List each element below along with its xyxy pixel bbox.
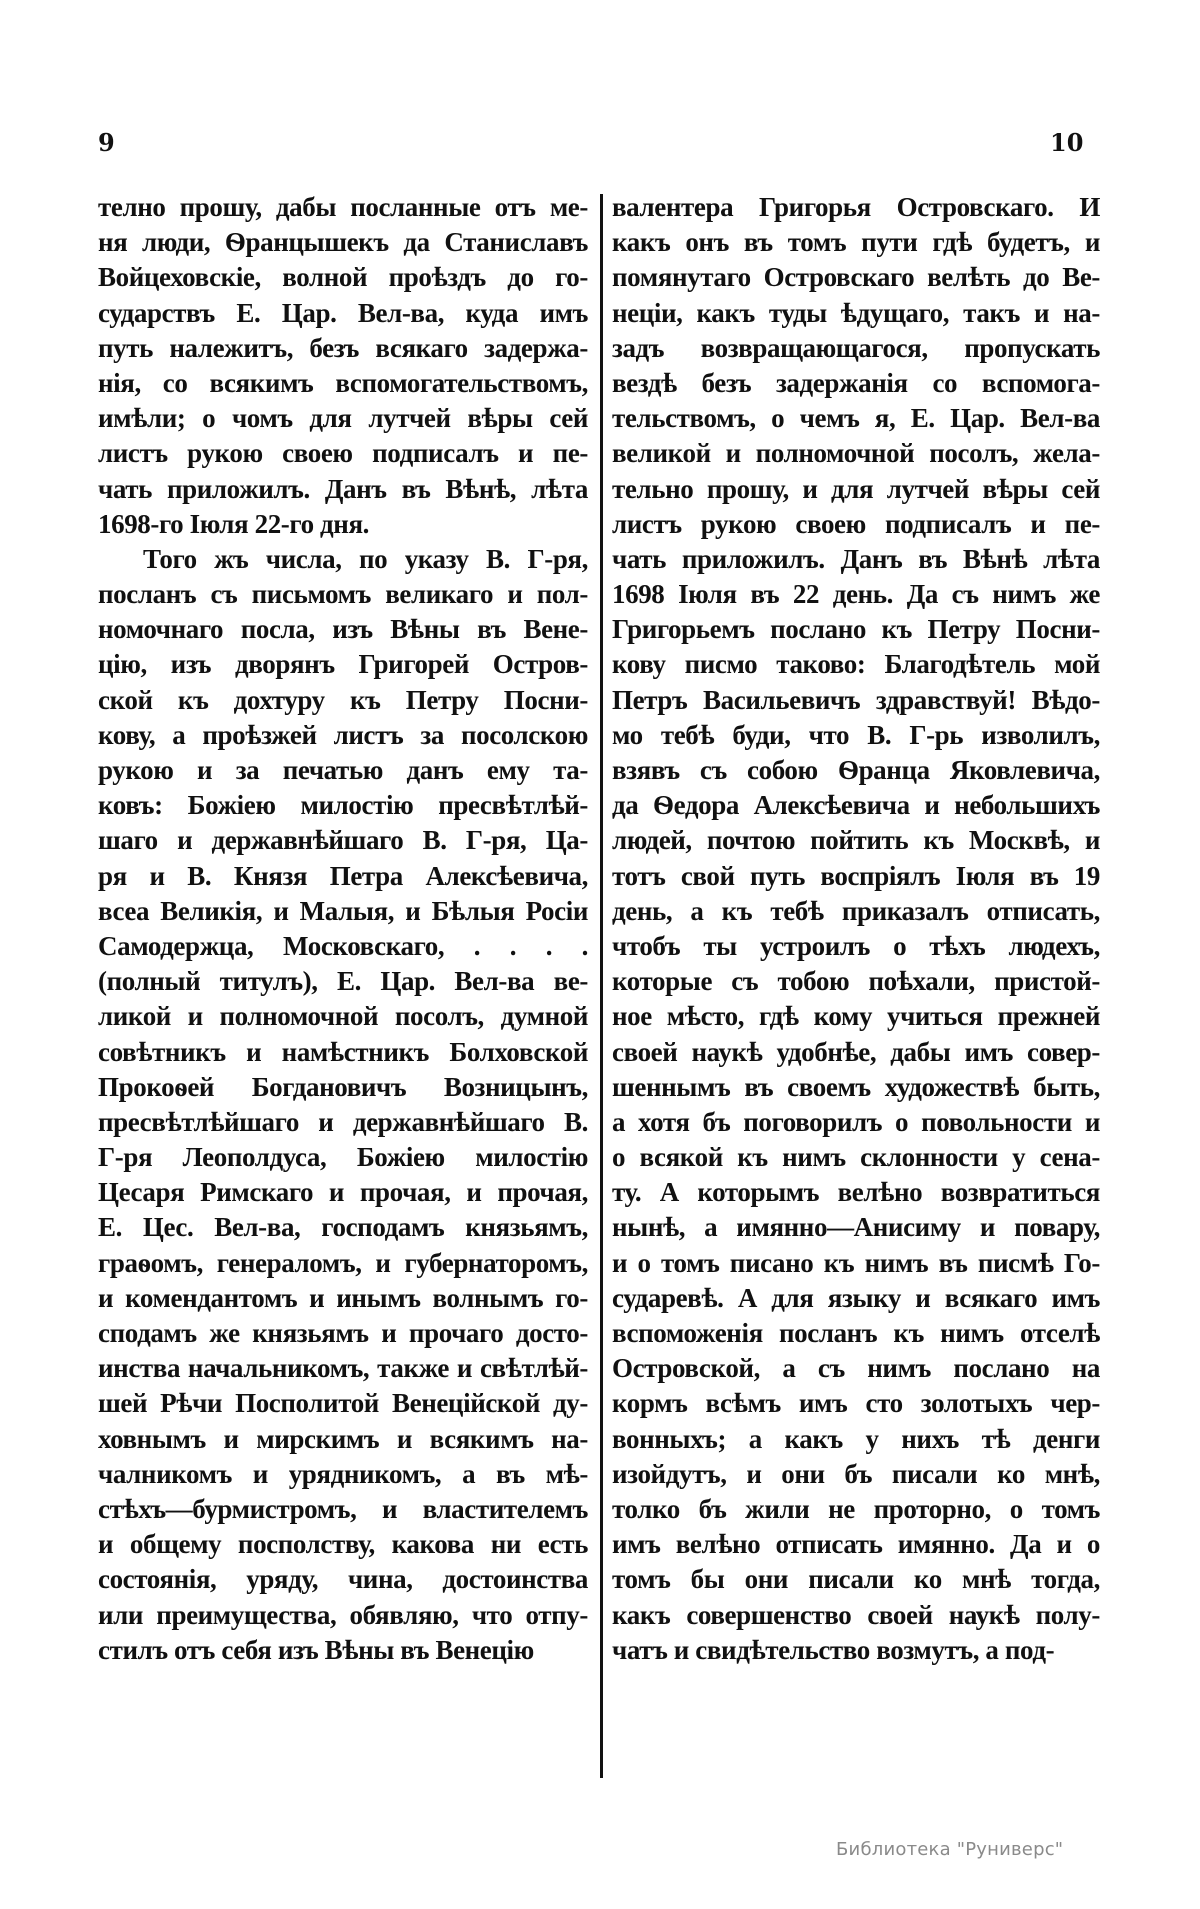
text-line: кормъ всѣмъ имъ сто золотыхъ чер-: [612, 1386, 1100, 1421]
text-line: какъ совершенство своей наукѣ полу-: [612, 1598, 1100, 1633]
text-line: инства начальникомъ, также и свѣтлѣй-: [98, 1351, 588, 1386]
text-line: Островской, а съ нимъ послано на: [612, 1351, 1100, 1386]
text-line: кову, а проѣзжей листъ за посолскою: [98, 718, 588, 753]
text-line: стилъ отъ себя изъ Вѣны въ Венецію: [98, 1633, 588, 1668]
text-line: пресвѣтлѣйшаго и державнѣйшаго В.: [98, 1105, 588, 1140]
text-line: и общему посполству, какова ни есть: [98, 1527, 588, 1562]
text-line: стѣхъ—бурмистромъ, и властителемъ: [98, 1492, 588, 1527]
text-line: или преимущества, обявляю, что отпу-: [98, 1598, 588, 1633]
text-line: имъ велѣно отписать имянно. Да и о: [612, 1527, 1100, 1562]
text-line: телно прошу, дабы посланные отъ ме-: [98, 190, 588, 225]
text-line: ря и В. Князя Петра Алексѣевича,: [98, 859, 588, 894]
text-line: цію, изъ дворянъ Григорей Остров-: [98, 647, 588, 682]
text-line: тельно прошу, и для лутчей вѣры сей: [612, 472, 1100, 507]
text-line: и комендантомъ и инымъ волнымъ го-: [98, 1281, 588, 1316]
text-line: валентера Григорья Островскаго. И: [612, 190, 1100, 225]
text-line: ное мѣсто, гдѣ кому учиться прежней: [612, 999, 1100, 1034]
text-line: шаго и державнѣйшаго В. Г-ря, Ца-: [98, 823, 588, 858]
text-line: состоянія, уряду, чина, достоинства: [98, 1562, 588, 1597]
text-line: неціи, какъ туды ѣдущаго, такъ и на-: [612, 296, 1100, 331]
text-line: Цесаря Римскаго и прочая, и прочая,: [98, 1175, 588, 1210]
text-line: Петръ Васильевичъ здравствуй! Вѣдо-: [612, 683, 1100, 718]
column-divider: [600, 194, 603, 1778]
text-line: 1698 Іюля въ 22 день. Да съ нимъ же: [612, 577, 1100, 612]
text-line: нія, со всякимъ вспомогательствомъ,: [98, 366, 588, 401]
text-line: да Ѳедора Алексѣевича и небольшихъ: [612, 788, 1100, 823]
text-line: чалникомъ и урядникомъ, а въ мѣ-: [98, 1457, 588, 1492]
library-watermark: Библиотека "Руниверс": [836, 1839, 1063, 1860]
left-text-column: телно прошу, дабы посланные отъ ме-ня лю…: [98, 190, 588, 1668]
text-line: ту. А которымъ велѣно возвратиться: [612, 1175, 1100, 1210]
text-line: Е. Цес. Вел-ва, господамъ князьямъ,: [98, 1210, 588, 1245]
text-line: нынѣ, а имянно—Анисиму и повару,: [612, 1210, 1100, 1245]
text-line: тельствомъ, о чемъ я, Е. Цар. Вел-ва: [612, 401, 1100, 436]
text-line: Прокоѳей Богдановичъ Возницынъ,: [98, 1070, 588, 1105]
text-line: людей, почтою пойтить къ Москвѣ, и: [612, 823, 1100, 858]
text-line: и о томъ писано къ нимъ въ писмѣ Го-: [612, 1246, 1100, 1281]
text-line: сударствъ Е. Цар. Вел-ва, куда имъ: [98, 296, 588, 331]
text-line: какъ онъ въ томъ пути гдѣ будетъ, и: [612, 225, 1100, 260]
text-line: Григорьемъ послано къ Петру Посни-: [612, 612, 1100, 647]
text-line: Г-ря Леополдуса, Божіею милостію: [98, 1140, 588, 1175]
text-line: посланъ съ письмомъ великаго и пол-: [98, 577, 588, 612]
text-line: вспоможенія посланъ къ нимъ отселѣ: [612, 1316, 1100, 1351]
text-line: толко бъ жили не проторно, о томъ: [612, 1492, 1100, 1527]
text-line: Того жъ числа, по указу В. Г-ря,: [98, 542, 588, 577]
text-line: рукою и за печатью данъ ему та-: [98, 753, 588, 788]
text-line: чать приложилъ. Данъ въ Вѣнѣ, лѣта: [98, 472, 588, 507]
text-line: мо тебѣ буди, что В. Г-рь изволилъ,: [612, 718, 1100, 753]
page-number-right: 10: [1050, 128, 1083, 158]
text-line: Самодержца, Московскаго, . . . .: [98, 929, 588, 964]
text-line: 1698-го Іюля 22-го дня.: [98, 507, 588, 542]
text-line: взявъ съ собою Ѳранца Яковлевича,: [612, 753, 1100, 788]
text-line: ковъ: Божіею милостію пресвѣтлѣй-: [98, 788, 588, 823]
text-line: своей наукѣ удобнѣе, дабы имъ совер-: [612, 1035, 1100, 1070]
text-line: всеа Великія, и Малыя, и Бѣлыя Росіи: [98, 894, 588, 929]
text-line: ховнымъ и мирскимъ и всякимъ на-: [98, 1422, 588, 1457]
text-line: сподамъ же князьямъ и прочаго досто-: [98, 1316, 588, 1351]
text-line: граѳомъ, генераломъ, и губернаторомъ,: [98, 1246, 588, 1281]
text-line: день, а къ тебѣ приказалъ отписать,: [612, 894, 1100, 929]
page-number-left: 9: [98, 128, 115, 158]
text-line: помянутаго Островскаго велѣть до Ве-: [612, 260, 1100, 295]
text-line: томъ бы они писали ко мнѣ тогда,: [612, 1562, 1100, 1597]
text-line: ня люди, Ѳранцышекъ да Станиславъ: [98, 225, 588, 260]
text-line: совѣтникъ и намѣстникъ Болховской: [98, 1035, 588, 1070]
text-line: листъ рукою своею подписалъ и пе-: [98, 436, 588, 471]
right-text-column: валентера Григорья Островскаго. Икакъ он…: [612, 190, 1100, 1668]
text-line: листъ рукою своею подписалъ и пе-: [612, 507, 1100, 542]
text-line: великой и полномочной посолъ, жела-: [612, 436, 1100, 471]
text-line: шей Рѣчи Посполитой Венеційской ду-: [98, 1386, 588, 1421]
text-line: вездѣ безъ задержанія со вспомога-: [612, 366, 1100, 401]
text-line: имѣли; о чомъ для лутчей вѣры сей: [98, 401, 588, 436]
text-line: изойдутъ, и они бъ писали ко мнѣ,: [612, 1457, 1100, 1492]
text-line: чать приложилъ. Данъ въ Вѣнѣ лѣта: [612, 542, 1100, 577]
text-line: кову писмо таково: Благодѣтель мой: [612, 647, 1100, 682]
text-line: тотъ свой путь воспріялъ Іюля въ 19: [612, 859, 1100, 894]
text-line: чтобъ ты устроилъ о тѣхъ людехъ,: [612, 929, 1100, 964]
text-line: номочнаго посла, изъ Вѣны въ Вене-: [98, 612, 588, 647]
text-line: (полный титулъ), Е. Цар. Вел-ва ве-: [98, 964, 588, 999]
text-line: ской къ дохтуру къ Петру Посни-: [98, 683, 588, 718]
text-line: путь належитъ, безъ всякаго задержа-: [98, 331, 588, 366]
text-line: сударевѣ. А для языку и всякаго имъ: [612, 1281, 1100, 1316]
text-line: о всякой къ нимъ склонности у сена-: [612, 1140, 1100, 1175]
text-line: вонныхъ; а какъ у нихъ тѣ денги: [612, 1422, 1100, 1457]
text-line: а хотя бъ поговорилъ о повольности и: [612, 1105, 1100, 1140]
text-line: задъ возвращающагося, пропускать: [612, 331, 1100, 366]
text-line: ликой и полномочной посолъ, думной: [98, 999, 588, 1034]
text-line: шеннымъ въ своемъ художествѣ быть,: [612, 1070, 1100, 1105]
text-line: Войцеховскіе, волной проѣздъ до го-: [98, 260, 588, 295]
text-line: которые съ тобою поѣхали, пристой-: [612, 964, 1100, 999]
text-line: чатъ и свидѣтельство возмутъ, а под-: [612, 1633, 1100, 1668]
